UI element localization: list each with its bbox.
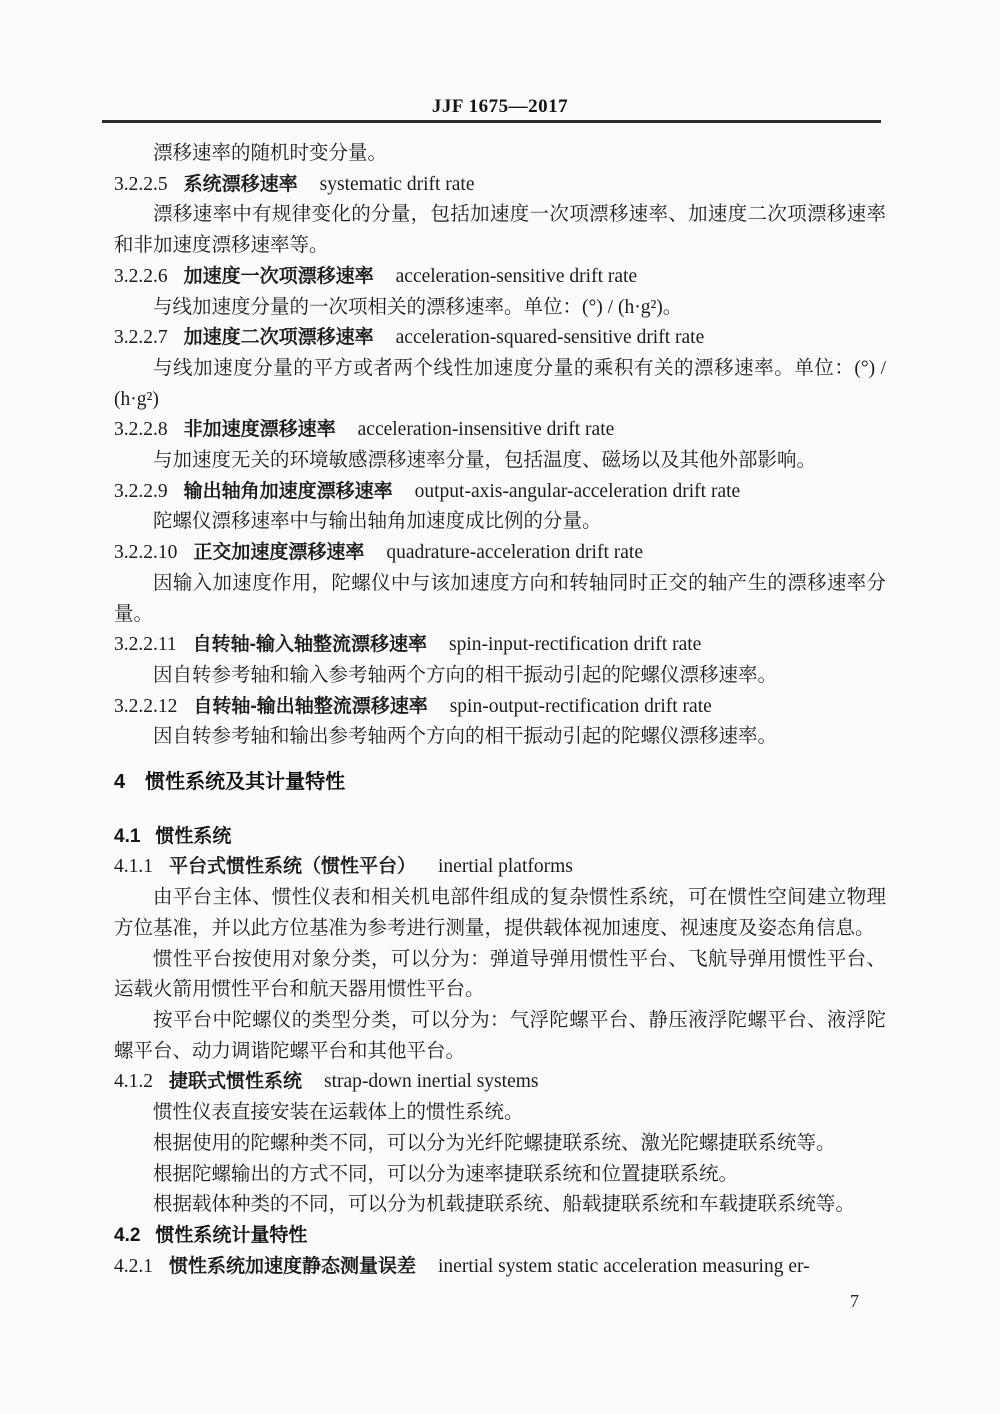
paragraph: 因自转参考轴和输出参考轴两个方向的相干振动引起的陀螺仪漂移速率。 [114, 722, 886, 753]
paragraph: 根据载体种类的不同，可以分为机载捷联系统、船载捷联系统和车载捷联系统等。 [114, 1190, 886, 1221]
term-name-zh: 加速度一次项漂移速率 [184, 266, 374, 287]
term-name-en: spin-output-rectification drift rate [450, 696, 712, 717]
paragraph: 惯性仪表直接安装在运载体上的惯性系统。 [114, 1098, 886, 1129]
paragraph: 与线加速度分量的一次项相关的漂移速率。单位：(°) / (h·g²)。 [114, 293, 886, 324]
paragraph: 由平台主体、惯性仪表和相关机电部件组成的复杂惯性系统，可在惯性空间建立物理方位基… [114, 883, 886, 944]
term-name-zh: 惯性系统加速度静态测量误差 [169, 1256, 416, 1277]
term-number: 4.1.2 [114, 1071, 153, 1092]
page-number: 7 [850, 1291, 859, 1312]
term-entry: 3.2.2.7加速度二次项漂移速率acceleration-squared-se… [114, 323, 886, 354]
term-name-zh: 输出轴角加速度漂移速率 [184, 481, 393, 502]
term-number: 3.2.2.10 [114, 542, 177, 563]
paragraph: 与加速度无关的环境敏感漂移速率分量，包括温度、磁场以及其他外部影响。 [114, 446, 886, 477]
term-entry: 4.1.2捷联式惯性系统strap-down inertial systems [114, 1067, 886, 1098]
chapter-number: 4 [114, 771, 125, 793]
term-number: 3.2.2.8 [114, 419, 168, 440]
page-header-title: JJF 1675—2017 [0, 96, 1000, 118]
paragraph: 陀螺仪漂移速率中与输出轴角加速度成比例的分量。 [114, 507, 886, 538]
term-name-zh: 自转轴-输入轴整流漂移速率 [193, 634, 427, 655]
term-name-zh: 平台式惯性系统（惯性平台） [169, 856, 416, 877]
term-name-en: spin-input-rectification drift rate [449, 634, 701, 655]
header-rule [102, 120, 881, 123]
term-name-zh: 正交加速度漂移速率 [193, 542, 364, 563]
term-name-en: inertial system static acceleration meas… [438, 1256, 810, 1277]
document-page: JJF 1675—2017 漂移速率的随机时变分量。3.2.2.5系统漂移速率s… [0, 0, 1000, 1414]
paragraph: 因输入加速度作用，陀螺仪中与该加速度方向和转轴同时正交的轴产生的漂移速率分量。 [114, 569, 886, 630]
term-number: 3.2.2.6 [114, 266, 168, 287]
term-entry: 3.2.2.9输出轴角加速度漂移速率output-axis-angular-ac… [114, 477, 886, 508]
term-number: 4.2.1 [114, 1256, 153, 1277]
term-number: 3.2.2.12 [114, 696, 177, 717]
term-name-zh: 系统漂移速率 [184, 174, 298, 195]
term-name-en: acceleration-squared-sensitive drift rat… [396, 327, 705, 348]
term-entry: 3.2.2.6加速度一次项漂移速率acceleration-sensitive … [114, 262, 886, 293]
term-entry: 3.2.2.8非加速度漂移速率acceleration-insensitive … [114, 415, 886, 446]
term-name-en: quadrature-acceleration drift rate [386, 542, 643, 563]
paragraph: 因自转参考轴和输入参考轴两个方向的相干振动引起的陀螺仪漂移速率。 [114, 661, 886, 692]
term-name-zh: 非加速度漂移速率 [184, 419, 336, 440]
term-number: 3.2.2.5 [114, 174, 168, 195]
clause-title: 惯性系统计量特性 [155, 1225, 307, 1246]
term-name-en: systematic drift rate [320, 174, 475, 195]
term-entry: 4.1.1平台式惯性系统（惯性平台）inertial platforms [114, 852, 886, 883]
term-name-zh: 捷联式惯性系统 [169, 1071, 302, 1092]
clause-heading: 4.2惯性系统计量特性 [114, 1221, 886, 1252]
paragraph: 漂移速率中有规律变化的分量，包括加速度一次项漂移速率、加速度二次项漂移速率和非加… [114, 200, 886, 261]
clause-title: 惯性系统 [155, 826, 231, 847]
term-name-zh: 自转轴-输出轴整流漂移速率 [193, 696, 427, 717]
paragraph: 根据使用的陀螺种类不同，可以分为光纤陀螺捷联系统、激光陀螺捷联系统等。 [114, 1129, 886, 1160]
chapter-title: 惯性系统及其计量特性 [145, 771, 345, 793]
term-name-en: inertial platforms [438, 856, 573, 877]
paragraph: 按平台中陀螺仪的类型分类，可以分为：气浮陀螺平台、静压液浮陀螺平台、液浮陀螺平台… [114, 1006, 886, 1067]
paragraph: 与线加速度分量的平方或者两个线性加速度分量的乘积有关的漂移速率。单位：(°) /… [114, 354, 886, 415]
paragraph: 漂移速率的随机时变分量。 [114, 139, 886, 170]
term-entry: 3.2.2.10正交加速度漂移速率quadrature-acceleration… [114, 538, 886, 569]
term-name-zh: 加速度二次项漂移速率 [184, 327, 374, 348]
term-name-en: acceleration-sensitive drift rate [396, 266, 637, 287]
chapter-heading: 4惯性系统及其计量特性 [114, 767, 886, 798]
term-entry: 4.2.1惯性系统加速度静态测量误差inertial system static… [114, 1252, 886, 1283]
term-number: 3.2.2.9 [114, 481, 168, 502]
term-entry: 3.2.2.5系统漂移速率systematic drift rate [114, 170, 886, 201]
term-name-en: acceleration-insensitive drift rate [358, 419, 615, 440]
term-number: 3.2.2.7 [114, 327, 168, 348]
clause-number: 4.1 [114, 826, 140, 847]
term-entry: 3.2.2.12自转轴-输出轴整流漂移速率spin-output-rectifi… [114, 692, 886, 723]
paragraph: 惯性平台按使用对象分类，可以分为：弹道导弹用惯性平台、飞航导弹用惯性平台、运载火… [114, 945, 886, 1006]
term-entry: 3.2.2.11自转轴-输入轴整流漂移速率spin-input-rectific… [114, 630, 886, 661]
term-number: 3.2.2.11 [114, 634, 177, 655]
paragraph: 根据陀螺输出的方式不同，可以分为速率捷联系统和位置捷联系统。 [114, 1160, 886, 1191]
document-body: 漂移速率的随机时变分量。3.2.2.5系统漂移速率systematic drif… [114, 139, 886, 1282]
clause-heading: 4.1惯性系统 [114, 822, 886, 853]
term-number: 4.1.1 [114, 856, 153, 877]
term-name-en: strap-down inertial systems [324, 1071, 538, 1092]
clause-number: 4.2 [114, 1225, 140, 1246]
term-name-en: output-axis-angular-acceleration drift r… [415, 481, 741, 502]
